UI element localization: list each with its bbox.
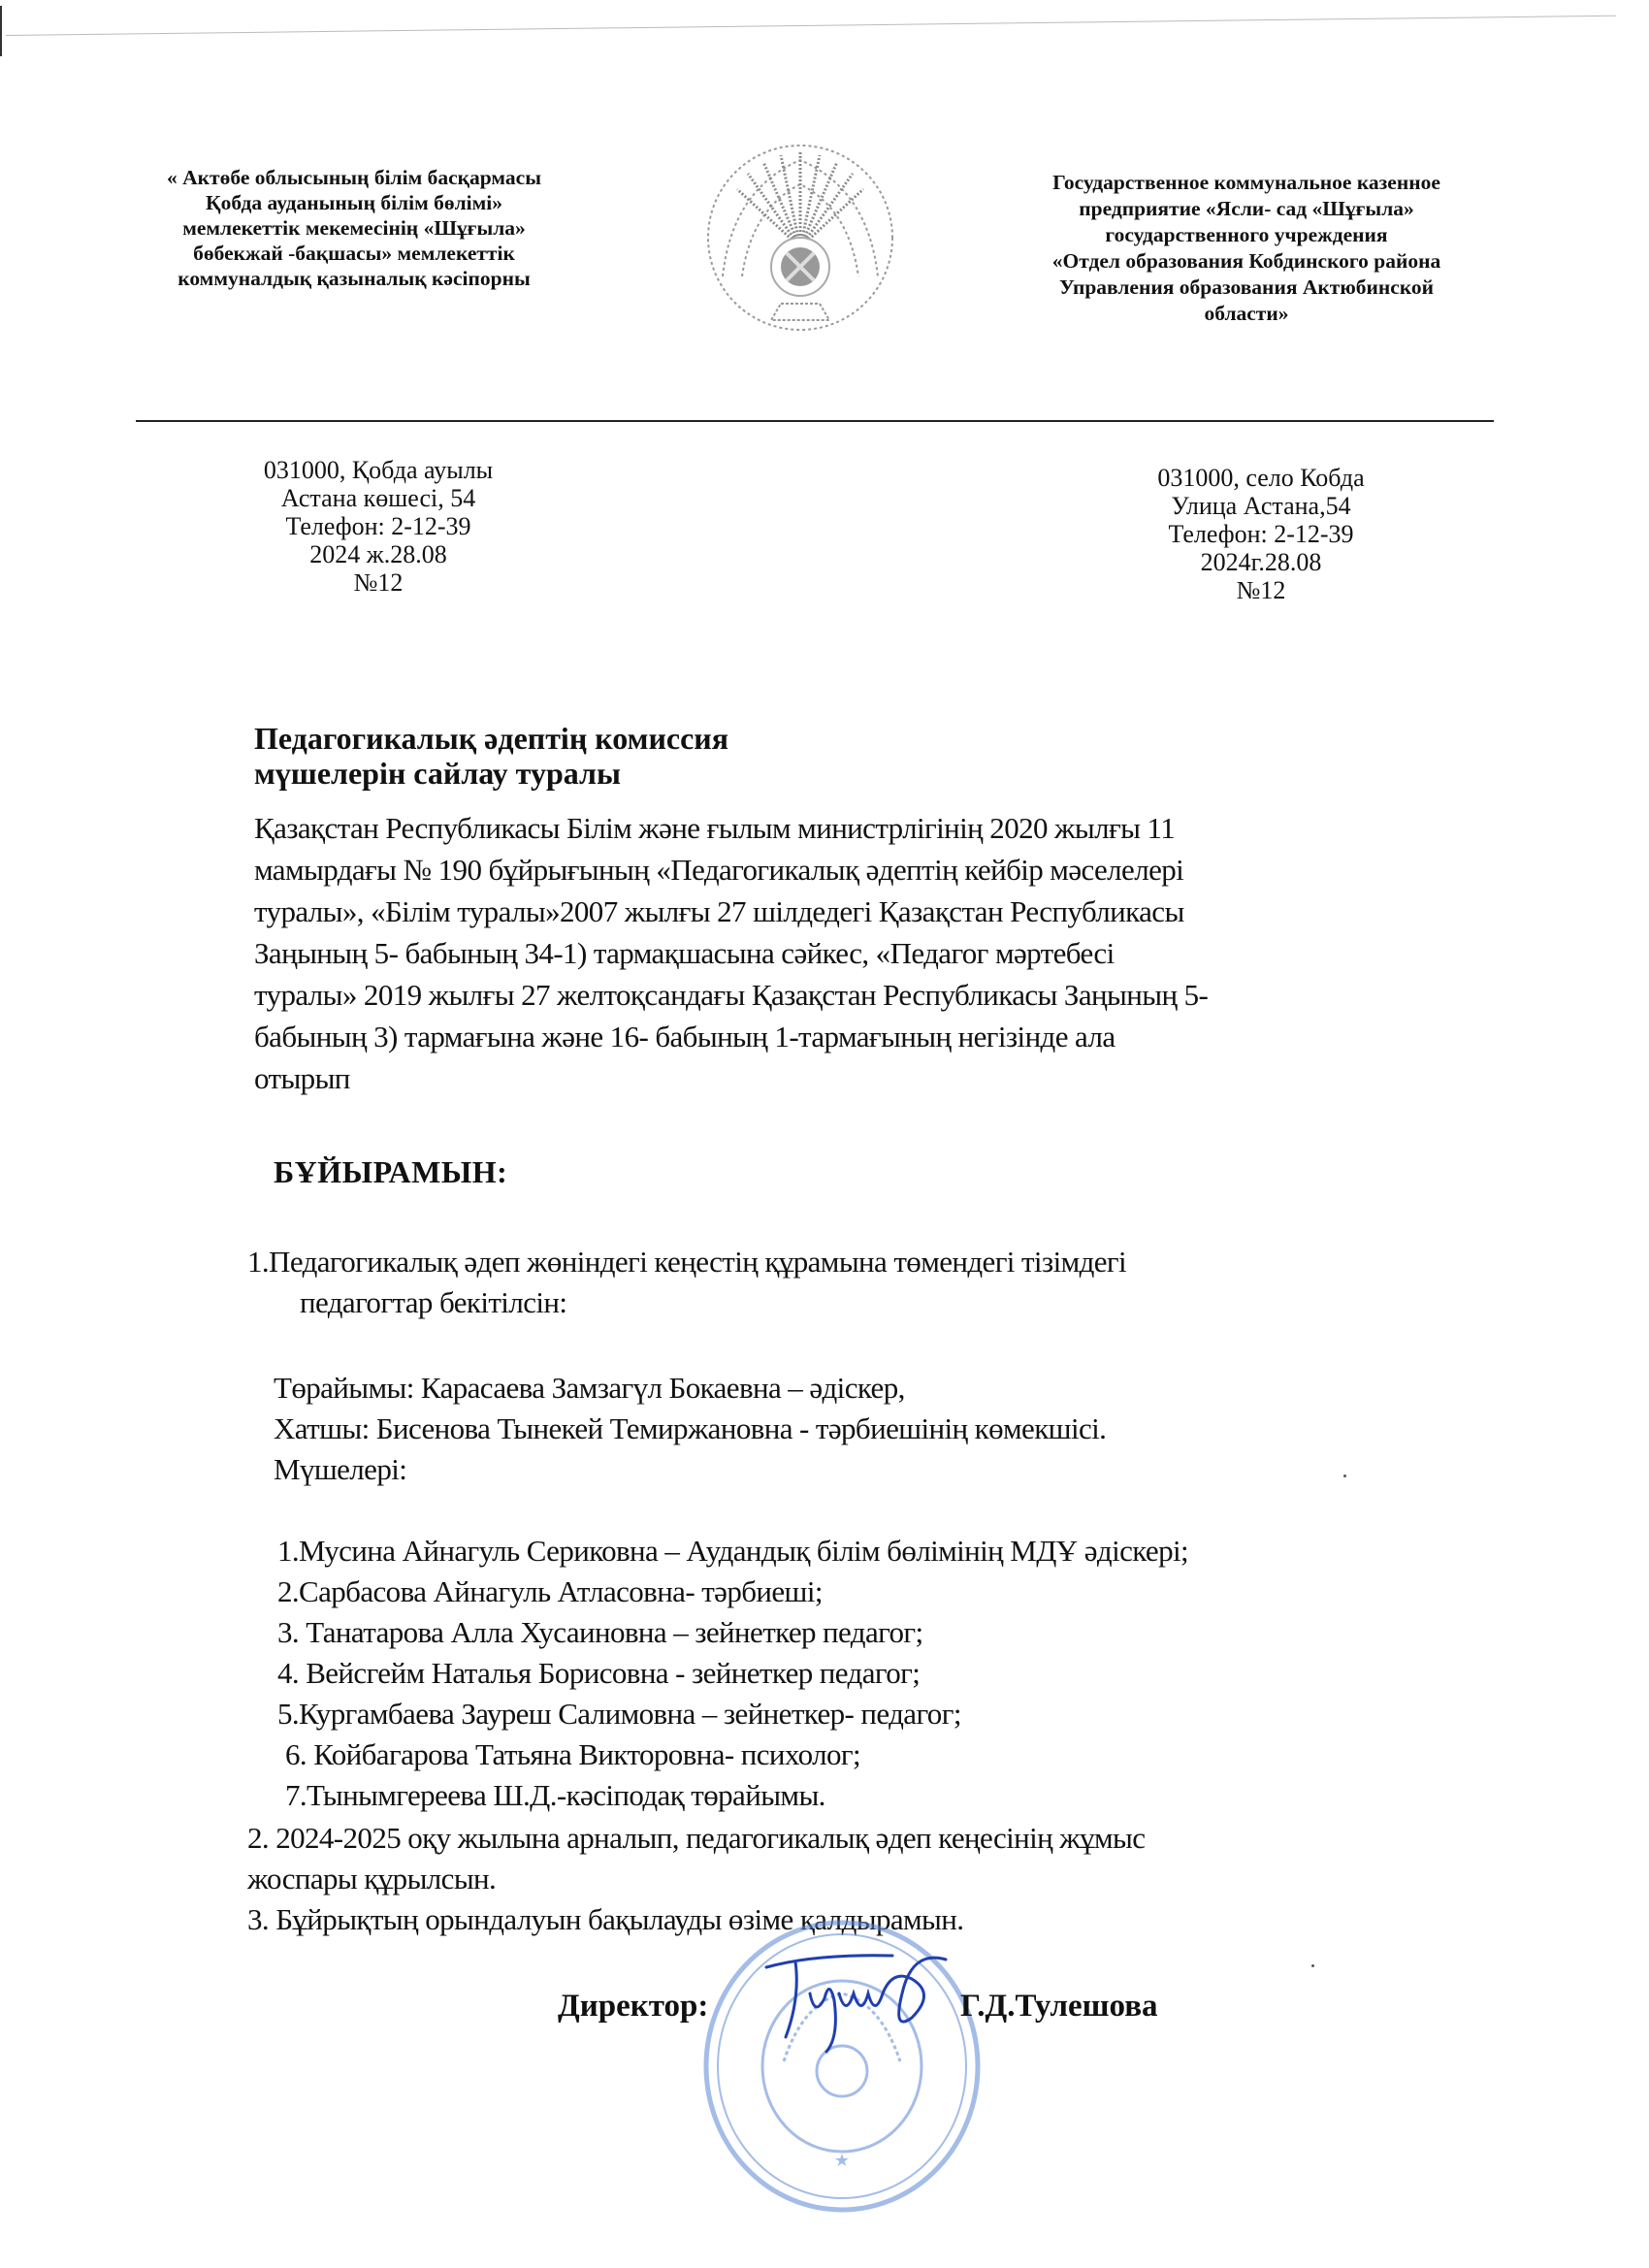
preamble-line: бабының 3) тармағына және 16- бабының 1-… — [254, 1016, 1515, 1057]
header-left-line: « Актөбе облысының білім басқармасы — [126, 165, 582, 190]
scan-speck — [1343, 1474, 1346, 1477]
preamble-line: Қазақстан Республикасы Білім және ғылым … — [254, 807, 1515, 849]
secretary: Хатшы: Бисенова Тынекей Темиржановна - т… — [274, 1409, 1535, 1449]
list-item: 6. Койбагарова Татьяна Викторовна- психо… — [277, 1734, 1538, 1775]
phone: Телефон: 2-12-39 — [175, 512, 582, 540]
title-line: Педагогикалық әдептің комиссия — [254, 721, 728, 756]
header-right-line: предприятие «Ясли- сад «Шұғыла» — [1004, 196, 1489, 222]
scan-artifact-line — [6, 16, 1616, 36]
scan-speck — [1311, 1964, 1314, 1967]
phone: Телефон: 2-12-39 — [1057, 520, 1465, 548]
order-item-1: 1.Педагогикалық әдеп жөніндегі кеңестің … — [247, 1242, 1508, 1323]
list-item: 4. Вейсгейм Наталья Борисовна - зейнетке… — [277, 1653, 1538, 1694]
header-right-line: области» — [1004, 301, 1489, 327]
preamble: Қазақстан Республикасы Білім және ғылым … — [254, 807, 1515, 1099]
document-number: №12 — [1057, 576, 1465, 604]
order-heading: БҰЙЫРАМЫН: — [274, 1154, 507, 1190]
document-title: Педагогикалық әдептің комиссия мүшелерін… — [254, 721, 728, 791]
signature-icon — [757, 1940, 989, 2057]
preamble-line: отырып — [254, 1057, 1515, 1099]
header-divider — [136, 420, 1494, 422]
list-item: 2.Сарбасова Айнагуль Атласовна- тәрбиеші… — [277, 1571, 1538, 1612]
header-russian-org: Государственное коммунальное казенное пр… — [1004, 170, 1489, 327]
list-item: 3. Танатарова Алла Хусаиновна – зейнетке… — [277, 1612, 1538, 1653]
header-right-line: Управления образования Актюбинской — [1004, 275, 1489, 301]
preamble-line: туралы» 2019 жылғы 27 желтоқсандағы Қаза… — [254, 974, 1515, 1016]
members-label: Мүшелері: — [274, 1449, 1535, 1490]
header-left-line: мемлекеттік мекемесінің «Шұғыла» — [126, 215, 582, 241]
address-line: 031000, Қобда ауылы — [175, 456, 582, 484]
order-item-2: 2. 2024-2025 оқу жылына арналып, педагог… — [247, 1818, 1508, 1859]
address-russian: 031000, село Кобда Улица Астана,54 Телеф… — [1057, 464, 1465, 604]
item-text: 1.Педагогикалық әдеп жөніндегі кеңестің … — [247, 1245, 1126, 1279]
preamble-line: мамырдағы № 190 бұйрығының «Педагогикалы… — [254, 849, 1515, 891]
header-left-line: бөбекжай -бақшасы» мемлекеттік — [126, 241, 582, 266]
document-date: 2024 ж.28.08 — [175, 540, 582, 568]
signer-role: Директор: — [558, 1989, 708, 2024]
header-left-line: коммуналдық қазыналық кәсіпорны — [126, 266, 582, 291]
title-line: мүшелерін сайлау туралы — [254, 756, 728, 791]
item-text: педагогтар бекітілсін: — [247, 1282, 1508, 1323]
order-item-2-cont: жоспары құрылсын. — [247, 1859, 1508, 1899]
address-line: 031000, село Кобда — [1057, 464, 1465, 492]
list-item: 7.Тынымгереева Ш.Д.-кәсіподақ төрайымы. — [277, 1775, 1538, 1816]
header-left-line: Қобда ауданының білім бөлімі» — [126, 190, 582, 215]
list-item: 1.Мусина Айнагуль Сериковна – Аудандық б… — [277, 1531, 1538, 1571]
header-right-line: «Отдел образования Кобдинского района — [1004, 248, 1489, 275]
address-line: Астана көшесі, 54 — [175, 484, 582, 512]
header-right-line: Государственное коммунальное казенное — [1004, 170, 1489, 196]
header-right-line: государственного учреждения — [1004, 222, 1489, 248]
preamble-line: туралы», «Білім туралы»2007 жылғы 27 шіл… — [254, 891, 1515, 932]
preamble-line: Заңының 5- бабының 34-1) тармақшасына сә… — [254, 932, 1515, 974]
document-date: 2024г.28.08 — [1057, 548, 1465, 576]
commission-roles: Төрайымы: Карасаева Замзагүл Бокаевна – … — [274, 1368, 1535, 1490]
header-kazakh-org: « Актөбе облысының білім басқармасы Қобд… — [126, 165, 582, 291]
members-list: 1.Мусина Айнагуль Сериковна – Аудандық б… — [277, 1531, 1538, 1816]
list-item: 5.Кургамбаева Зауреш Салимовна – зейнетк… — [277, 1694, 1538, 1734]
signature-block: Директор: Г.Д.Тулешова — [558, 1989, 708, 2025]
state-emblem-icon — [684, 131, 917, 364]
chair: Төрайымы: Карасаева Замзагүл Бокаевна – … — [274, 1368, 1535, 1409]
address-line: Улица Астана,54 — [1057, 492, 1465, 520]
scan-edge — [0, 6, 2, 56]
document-number: №12 — [175, 568, 582, 597]
svg-text:★: ★ — [834, 2151, 850, 2170]
address-kazakh: 031000, Қобда ауылы Астана көшесі, 54 Те… — [175, 456, 582, 597]
signer-name: Г.Д.Тулешова — [960, 1989, 1158, 2025]
